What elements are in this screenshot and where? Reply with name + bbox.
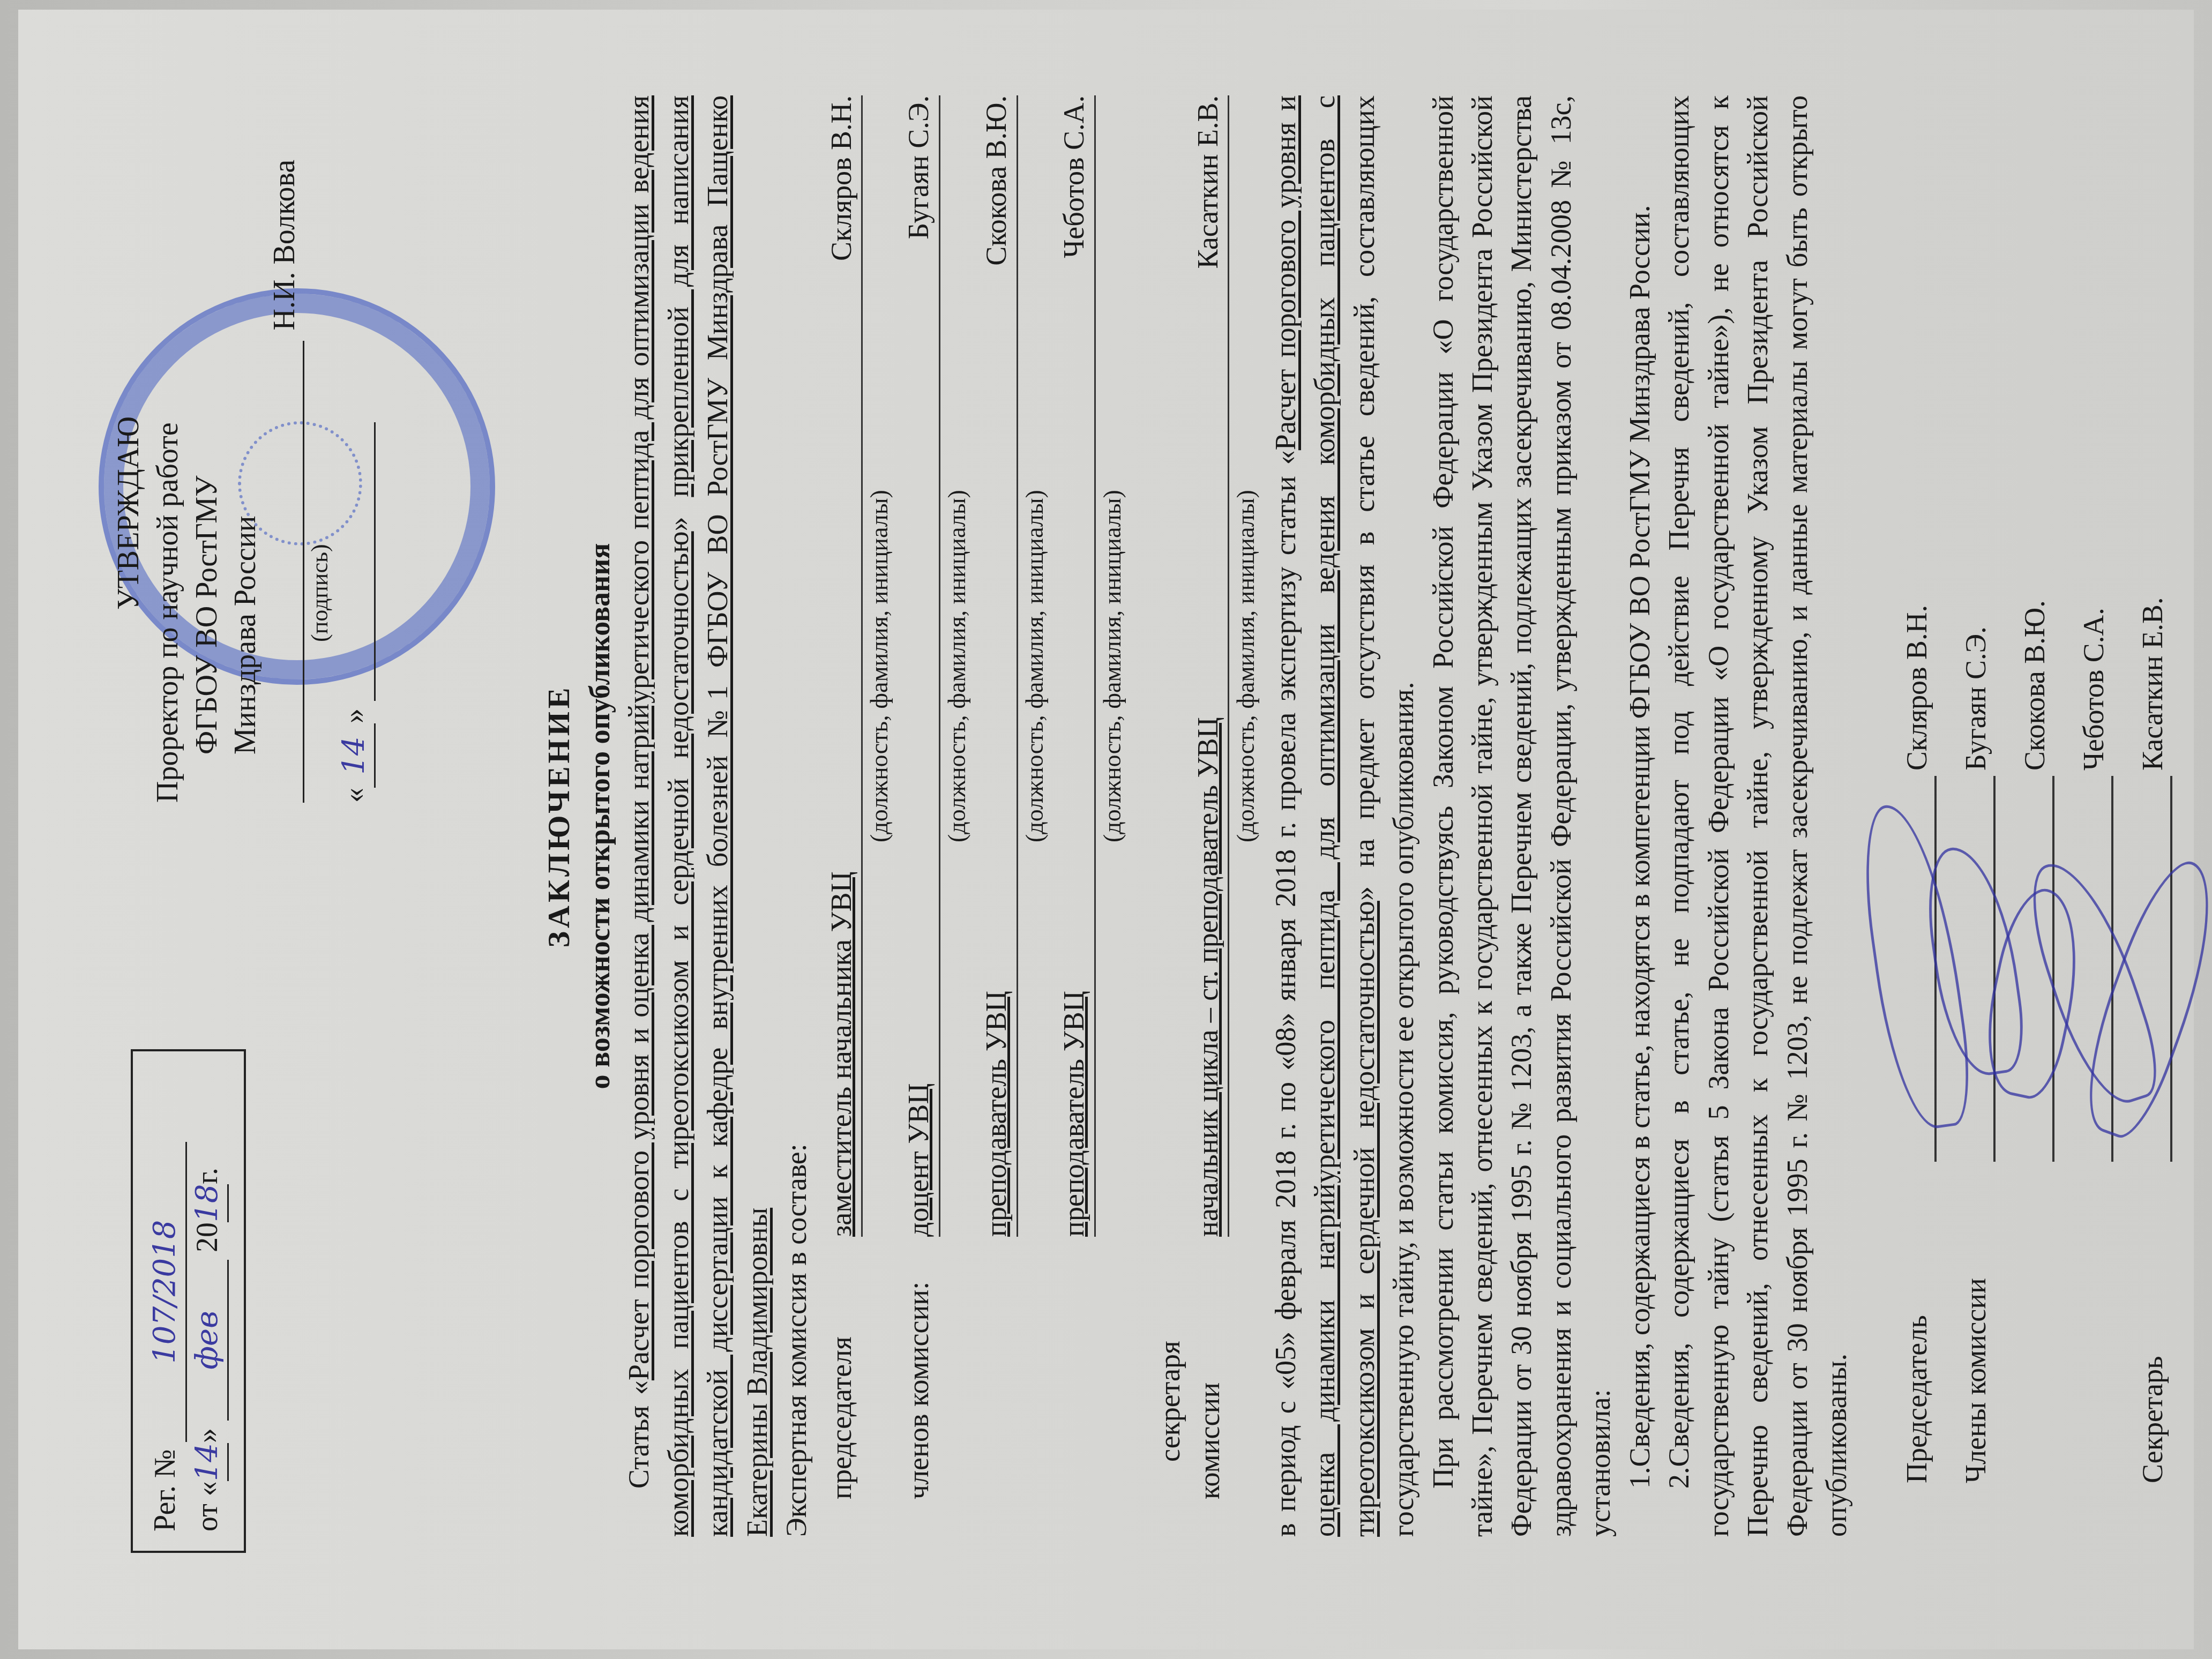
commission-member-row: преподаватель УВЦСкокова В.Ю. bbox=[977, 95, 1018, 1537]
signature-label: Председатель bbox=[1897, 1162, 1937, 1537]
approval-heading: УТВЕРЖДАЮ bbox=[109, 160, 148, 803]
commission-member-row: преподаватель УВЦЧеботов С.А. bbox=[1055, 95, 1095, 1537]
approval-signature-row: Н.И. Волкова bbox=[265, 160, 304, 803]
approval-position-3: Минздрава России bbox=[226, 160, 265, 803]
document-subtitle: о возможности открытого опубликования bbox=[580, 95, 619, 1537]
reg-month: фев bbox=[187, 1260, 229, 1421]
signature-line bbox=[1897, 776, 1937, 1162]
signatures-block: Председатель Скляров В.Н. Члены комиссии… bbox=[1878, 95, 2172, 1537]
body-paragraph-1: в период с «05» февраля 2018 г. по «08» … bbox=[1266, 95, 1424, 1537]
body-paragraph-2: При рассмотрении статьи комиссия, руково… bbox=[1424, 95, 1620, 1537]
signature-line bbox=[2133, 776, 2172, 1162]
reg-year-prefix: 20 bbox=[191, 1222, 224, 1252]
reg-year-suffix: 18 bbox=[187, 1184, 229, 1222]
signature-row: Члены комиссии Бугаян С.Э. bbox=[1937, 95, 1996, 1537]
article-intro: Статья «Расчет порогового уровня и оценк… bbox=[619, 95, 777, 1537]
field-hint: (должность, фамилия, инициалы) bbox=[1229, 95, 1263, 1537]
secretary-name: Касаткин Е.В. bbox=[1189, 95, 1228, 269]
secretary-position: начальник цикла – ст. преподаватель УВЦ bbox=[1189, 717, 1228, 1237]
field-hint: (должность, фамилия, инициалы) bbox=[940, 95, 974, 1537]
date-close-quote: » bbox=[338, 708, 371, 723]
signature-row: Секретарь Касаткин Е.В. bbox=[2113, 95, 2172, 1537]
commission-intro: Экспертная комиссия в составе: bbox=[777, 95, 816, 1537]
approval-signature-line bbox=[271, 341, 304, 803]
signature-name: Чеботов С.А. bbox=[2074, 608, 2113, 776]
signature-name: Скокова В.Ю. bbox=[2015, 600, 2054, 776]
secretary-role-2: комиссии bbox=[1190, 1237, 1229, 1499]
intro-prefix: Статья « bbox=[623, 1380, 655, 1489]
members-label: членов комиссии: bbox=[899, 1237, 940, 1537]
commission-secretary-row: секретаря комиссии начальник цикла – ст.… bbox=[1150, 95, 1229, 1537]
signature-row: Чеботов С.А. bbox=[2054, 95, 2113, 1537]
body-paragraph-3: 1.Сведения, содержащиеся в статье, наход… bbox=[1620, 95, 1660, 1537]
intro-suffix: » bbox=[662, 517, 694, 531]
reg-from-label: от « bbox=[191, 1481, 224, 1531]
signature-name: Касаткин Е.В. bbox=[2133, 597, 2172, 776]
approval-block: УТВЕРЖДАЮ Проректор по научной работе ФГ… bbox=[109, 160, 376, 803]
body-paragraph-4: 2.Сведения, содержащиеся в статье, не по… bbox=[1660, 95, 1856, 1537]
signature-name: Бугаян С.Э. bbox=[1956, 626, 1996, 776]
member-name: Скокова В.Ю. bbox=[977, 95, 1016, 266]
member-position: преподаватель УВЦ bbox=[977, 991, 1016, 1237]
approval-signature-hint: (подпись) bbox=[304, 160, 335, 803]
reg-number: 107/2018 bbox=[145, 1142, 187, 1442]
p1-prefix: в период с «05» февраля 2018 г. по «08» … bbox=[1269, 450, 1302, 1537]
reg-day: 14 bbox=[187, 1443, 229, 1481]
signature-row: Председатель Скляров В.Н. bbox=[1878, 95, 1937, 1537]
reg-year-unit: г. bbox=[191, 1168, 224, 1184]
member-position: доцент УВЦ bbox=[899, 1083, 938, 1237]
member-position: преподаватель УВЦ bbox=[1055, 991, 1094, 1237]
approval-date-month-blank bbox=[335, 422, 376, 701]
approval-position-2: ФГБОУ ВО РостГМУ bbox=[188, 160, 227, 803]
field-hint: (должность, фамилия, инициалы) bbox=[1096, 95, 1130, 1537]
chair-position: заместитель начальника УВЦ bbox=[822, 871, 861, 1237]
chair-role: председателя bbox=[822, 1237, 863, 1537]
signature-label: Члены комиссии bbox=[1956, 1162, 1996, 1537]
reg-number-line: Рег. № 107/2018 bbox=[145, 1071, 187, 1531]
signature-name: Скляров В.Н. bbox=[1897, 605, 1937, 776]
approval-signer: Н.И. Волкова bbox=[265, 160, 304, 330]
chair-name: Скляров В.Н. bbox=[822, 95, 861, 261]
commission-chair-row: председателя заместитель начальника УВЦС… bbox=[822, 95, 863, 1537]
commission-member-row: членов комиссии: доцент УВЦБугаян С.Э. bbox=[899, 95, 940, 1537]
signature-row: Скокова В.Ю. bbox=[1996, 95, 2054, 1537]
reg-label: Рег. № bbox=[148, 1449, 182, 1531]
approval-date: «14» bbox=[335, 160, 376, 803]
document-page: Рег. № 107/2018 от «14» фев 2018г. УТВЕР… bbox=[18, 10, 2194, 1649]
member-name: Бугаян С.Э. bbox=[899, 95, 938, 240]
reg-date-line: от «14» фев 2018г. bbox=[187, 1071, 229, 1531]
title-block: ЗАКЛЮЧЕНИЕ о возможности открытого опубл… bbox=[538, 95, 619, 1537]
approval-date-day: 14 bbox=[335, 723, 376, 788]
field-hint: (должность, фамилия, инициалы) bbox=[1018, 95, 1052, 1537]
approval-position-1: Проректор по научной работе bbox=[148, 160, 188, 803]
signature-label: Секретарь bbox=[2133, 1162, 2172, 1537]
member-name: Чеботов С.А. bbox=[1055, 95, 1094, 258]
secretary-role: секретаря комиссии bbox=[1150, 1237, 1229, 1537]
commission-list: председателя заместитель начальника УВЦС… bbox=[822, 95, 1263, 1537]
date-open-quote: « bbox=[338, 788, 371, 803]
field-hint: (должность, фамилия, инициалы) bbox=[863, 95, 896, 1537]
registration-box: Рег. № 107/2018 от «14» фев 2018г. bbox=[131, 1049, 246, 1553]
secretary-role-1: секретаря bbox=[1150, 1237, 1190, 1499]
signature-line bbox=[1956, 776, 1996, 1162]
document-title: ЗАКЛЮЧЕНИЕ bbox=[538, 95, 580, 1537]
